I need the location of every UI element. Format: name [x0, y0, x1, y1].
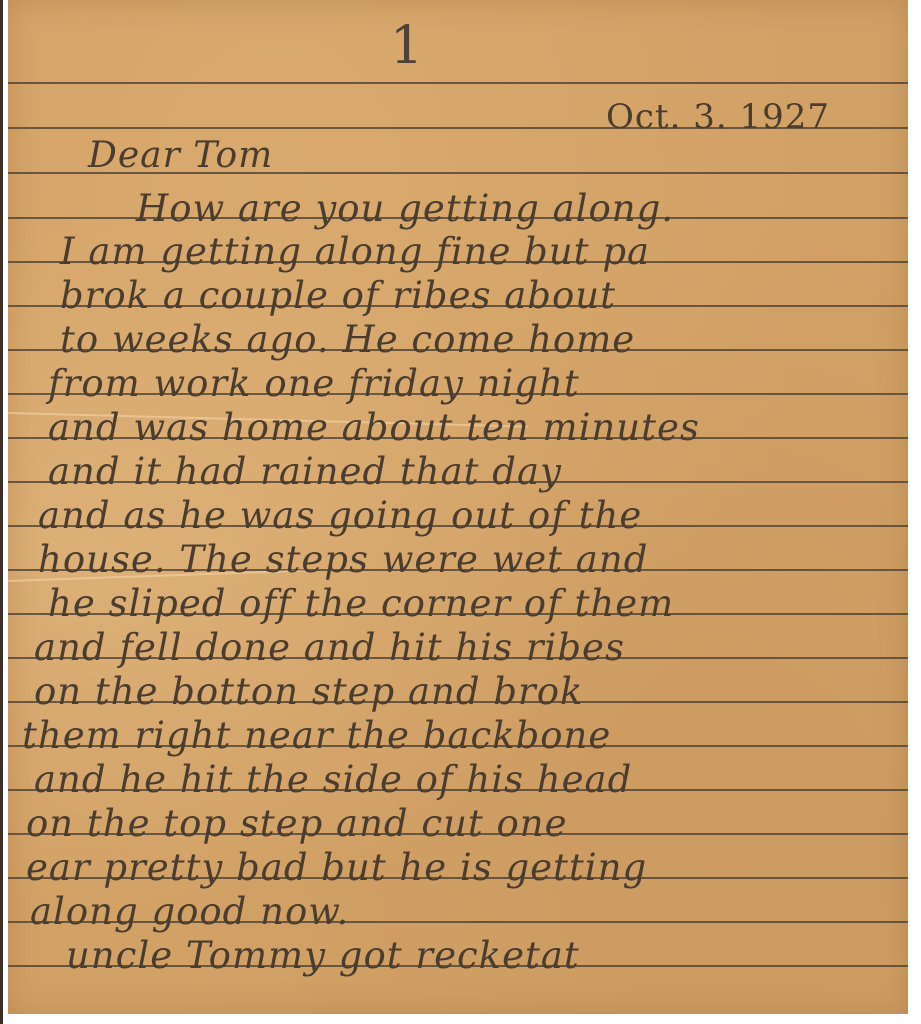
ruled-line — [8, 82, 908, 84]
letter-line: and was home about ten minutes — [48, 409, 700, 446]
salutation: Dear Tom — [88, 138, 273, 174]
letter-line: I am getting along fine but pa — [60, 233, 650, 270]
letter-line: he sliped off the corner of them — [48, 585, 674, 622]
letter-line: ear pretty bad but he is getting — [26, 849, 647, 886]
letter-line: them right near the backbone — [22, 717, 611, 754]
letter-line: and it had rained that day — [48, 453, 562, 490]
letter-line: and as he was going out of the — [38, 497, 642, 534]
letter-line: from work one friday night — [48, 365, 580, 402]
letter-line: house. The steps were wet and — [38, 541, 648, 578]
page-number: 1 — [390, 20, 424, 72]
letter-line: How are you getting along. — [136, 190, 674, 227]
letter-line: uncle Tommy got recketat — [66, 937, 580, 974]
letter-line: brok a couple of ribes about — [60, 277, 616, 314]
letter-line: and fell done and hit his ribes — [34, 629, 625, 666]
letter-line: along good now. — [30, 893, 349, 930]
letter-date: Oct. 3. 1927 — [606, 100, 830, 134]
letter-line: on the top step and cut one — [26, 805, 568, 842]
letter-paper: 1 Oct. 3. 1927 Dear Tom How are you gett… — [8, 0, 908, 1014]
scan-border — [0, 0, 3, 1024]
letter-line: and he hit the side of his head — [34, 761, 632, 798]
letter-line: to weeks ago. He come home — [60, 321, 635, 358]
letter-line: on the botton step and brok — [34, 673, 583, 710]
